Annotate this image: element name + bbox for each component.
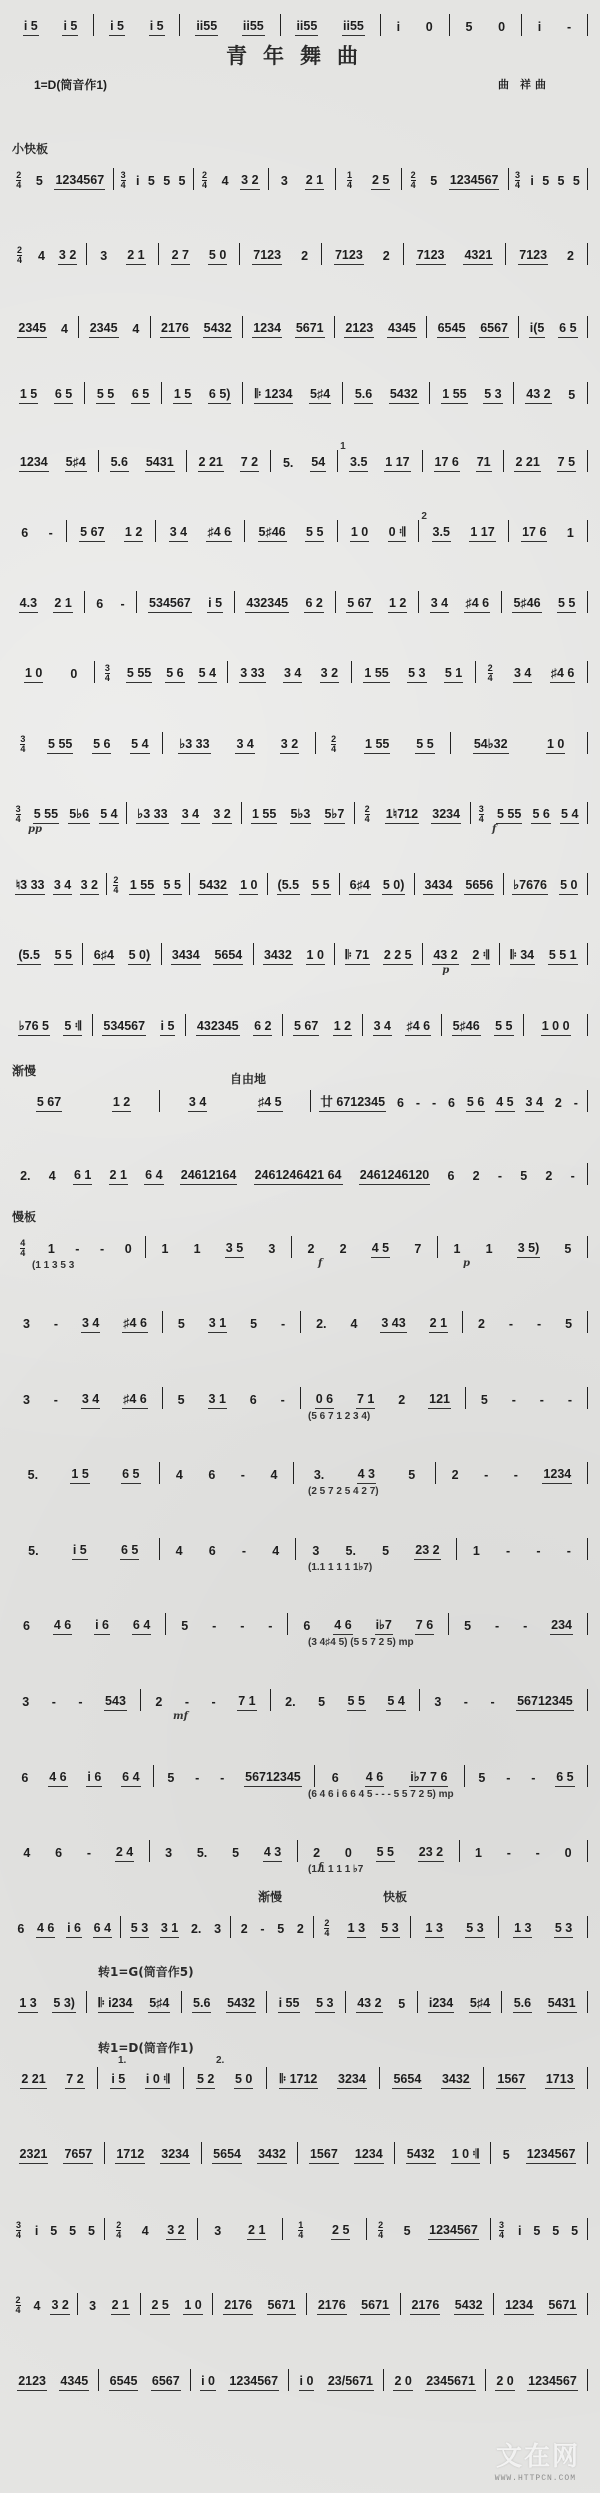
measure: 71232 — [322, 243, 404, 265]
note-group: 3234 — [337, 2070, 367, 2089]
note-group: 3 4 — [513, 664, 532, 683]
note-group: 543 — [104, 1692, 127, 1711]
note-group: 1 5 — [19, 385, 38, 404]
measure: 23217657 — [8, 2142, 105, 2164]
score-system: 5.i 56 546-435.523 21---(1.1 1 1 1 1♭7) — [8, 1524, 588, 1564]
note-group: - — [77, 1693, 83, 1711]
note-group: 5 — [502, 2146, 511, 2164]
measure: 32 1 — [269, 168, 336, 190]
notation-line: 5.1 56 546-43.4 352--1234 — [8, 1462, 588, 1484]
notation-line: 1 35 3)𝄆 i2345♯45.65432i 555 343 25i2345… — [8, 1991, 588, 2013]
note-group: 5 — [177, 1315, 186, 1333]
note-group: 1 3 — [347, 1919, 366, 1938]
note-group: 43 2 — [432, 946, 458, 965]
note-group: 7 6 — [415, 1616, 434, 1635]
note-group: 6 5 — [120, 1541, 139, 1560]
measure: 345 555 65 4 — [8, 732, 163, 754]
note-group: 1234 — [19, 453, 49, 472]
note-group: 5 4 — [198, 664, 217, 683]
note-group: 54♭32 — [473, 735, 509, 754]
time-signature: 34 — [121, 171, 126, 190]
note-group: 2 — [300, 247, 309, 265]
note-group: 0 — [69, 665, 78, 683]
note-group: 5 — [563, 1240, 572, 1258]
note-group: 4 5 — [495, 1093, 514, 1112]
notation-line: 1 00345 555 65 43 333 43 21 555 35 1243 … — [8, 661, 588, 683]
note-group: 1 55 — [364, 735, 390, 754]
note-group: 5 5 — [415, 735, 434, 754]
time-signature: 34 — [105, 664, 110, 683]
measure: 50 — [450, 14, 522, 36]
measure: 15671713 — [484, 2067, 588, 2089]
measure: 3--56712345 — [420, 1689, 588, 1711]
measure: 3-3 4♯4 6 — [8, 1387, 163, 1409]
note-group: 4 — [22, 1844, 31, 1862]
measure: 35.523 2 — [296, 1538, 456, 1560]
note-group: 5 0 — [234, 2070, 253, 2089]
note-group: i 6 — [86, 1768, 102, 1787]
score-system: 2.46 12 16 4246121642461246421 642461246… — [8, 1149, 588, 1189]
volta-bracket-first: 1. — [118, 2055, 126, 2066]
note-group: 2 5 — [150, 2296, 169, 2315]
note-group: 7123 — [416, 246, 446, 265]
notation-line: 2443 232 12 75 071232712327123432171232 — [8, 243, 588, 265]
volta-bracket: 1 — [340, 438, 346, 456]
measure: 2451234567 — [8, 168, 114, 190]
measure: 34i555 — [114, 168, 193, 190]
note-group: 6 — [54, 1844, 63, 1862]
score-system: 64 6i 66 45--5671234564 6i♭7 7 65--6 5(6… — [8, 1751, 588, 1791]
note-group: - — [99, 1240, 105, 1258]
measure: 34345656 — [415, 873, 504, 895]
note-group: 5 — [551, 2222, 560, 2240]
measure: 54321 0 𝄇 — [395, 2142, 491, 2164]
volta-bracket-second: 2. — [216, 2055, 224, 2066]
note-group: 5 4 — [386, 1692, 405, 1711]
note-group: 2176 — [160, 319, 190, 338]
dynamic-marking: f — [492, 824, 496, 835]
time-signature: 24 — [324, 1919, 329, 1938]
note-group: 3 5) — [517, 1239, 541, 1258]
note-group: - — [513, 1466, 519, 1484]
note-group: 1234 — [354, 2145, 384, 2164]
note-group: 4 3 — [357, 1465, 376, 1484]
note-group: 6 5 — [54, 385, 73, 404]
note-group: 1 55 — [129, 876, 155, 895]
accompaniment-line: (1.1 1 1 1 1♭7) — [308, 1562, 372, 1573]
note-group: 6 — [16, 1920, 25, 1938]
measure: 5 56 5 — [85, 382, 162, 404]
measure: 35.54 3 — [150, 1840, 298, 1862]
note-group: 1 5 — [173, 385, 192, 404]
note-group: 23/5671 — [327, 2372, 374, 2391]
note-group: - — [415, 1094, 421, 1112]
note-group: 3 2 — [212, 805, 231, 824]
accompaniment-line: (1 1 3 5 3 — [32, 1260, 74, 1271]
measure: 534567i 5 — [137, 591, 234, 613]
measure: 5.1 56 5 — [8, 1462, 160, 1484]
measure: 5--- — [466, 1387, 588, 1409]
note-group: 1 0 — [183, 2296, 202, 2315]
watermark-url: WWW.HTTPCN.COM — [495, 2474, 576, 2483]
note-group: 5 — [463, 1617, 472, 1635]
note-group: 5 67 — [79, 523, 105, 542]
note-group: 5654 — [212, 2145, 242, 2164]
note-group: 3 — [213, 1920, 222, 1938]
note-group: 4345 — [387, 319, 417, 338]
notation-line: 2443 232 12 51 0217656712176567121765432… — [8, 2293, 588, 2315]
note-group: 5♯4 — [309, 385, 331, 404]
score-system: 2123434565456567i 01234567i 023/56712 02… — [8, 2355, 588, 2395]
note-group: 4 — [271, 1542, 280, 1560]
measure: 3 4♯4 6 — [363, 1014, 442, 1036]
note-group: 5 — [570, 2222, 579, 2240]
note-group: - — [267, 1617, 273, 1635]
note-group: - — [48, 524, 54, 542]
note-group: i 5 — [109, 17, 125, 36]
measure: i- — [522, 14, 588, 36]
time-signature: 24 — [16, 171, 21, 190]
note-group: - — [53, 1315, 59, 1333]
note-group: 1 — [566, 524, 575, 542]
note-group: 2. — [315, 1315, 327, 1333]
measure: 113 53 — [146, 1236, 292, 1258]
measure: 1 555♭35♭7 — [242, 802, 356, 824]
note-group: 3434 — [423, 876, 453, 895]
measure: 23.51 17 — [419, 520, 509, 542]
score-system: 1 00345 555 65 43 333 43 21 555 35 1243 … — [8, 647, 588, 687]
measure: (5.55 5 — [8, 943, 83, 965]
accompaniment-line: (6 4 6 i 6 6 4 5 - - - 5 5 7 2 5) mp — [308, 1789, 454, 1800]
note-group: 1 — [474, 1844, 483, 1862]
note-group: 4 6 — [53, 1616, 72, 1635]
time-signature: 34 — [499, 2221, 504, 2240]
measure: 5.i 56 5 — [8, 1538, 160, 1560]
measure: 0 67 12121 — [301, 1387, 466, 1409]
note-group: 4 — [349, 1315, 358, 1333]
note-group: 534567 — [148, 594, 192, 613]
note-group: 5 0) — [128, 946, 152, 965]
note-group: 432345 — [196, 1017, 240, 1036]
notation-line: 345 555 65 4♭3 333 43 2241 555 554♭321 0 — [8, 732, 588, 754]
time-signature: 24 — [365, 805, 370, 824]
measure: 5♯465 5 — [502, 591, 588, 613]
note-group: 2 — [451, 1466, 460, 1484]
note-group: 5 5 — [163, 876, 182, 895]
measure: 5 671 2 — [336, 591, 419, 613]
note-group: 5 — [397, 1995, 406, 2013]
measure: 6- — [85, 591, 138, 613]
note-group: 𝄆 1712 — [279, 2070, 318, 2089]
measure: 71232 — [240, 243, 322, 265]
note-group: 2123 — [17, 2372, 47, 2391]
score-system: 转1=G(筒音作5)1 35 3)𝄆 i2345♯45.65432i 555 3… — [8, 1977, 588, 2017]
score-system: 小快板245123456734i5552443 232 1142 5245123… — [8, 154, 588, 194]
note-group: 23 2 — [414, 1541, 440, 1560]
measure: 34i555 — [8, 2218, 105, 2240]
measure: 71234321 — [404, 243, 507, 265]
time-signature: 34 — [16, 2221, 21, 2240]
note-group: 2 1 — [247, 2221, 266, 2240]
note-group: 1 3 — [513, 1919, 532, 1938]
note-group: 6 2 — [253, 1017, 272, 1036]
time-signature: 34 — [16, 805, 21, 824]
note-group: 5 3 — [554, 1919, 573, 1938]
note-group: - — [241, 1542, 247, 1560]
note-group: 3 4 — [169, 523, 188, 542]
notation-line: 2321765717123234565434321567123454321 0 … — [8, 2142, 588, 2164]
note-group: 5 4 — [560, 805, 579, 824]
note-group: 1234567 — [428, 2221, 479, 2240]
measure: 5--- — [166, 1613, 288, 1635]
note-group: 5 — [464, 18, 473, 36]
note-group: 5432 — [389, 385, 419, 404]
note-group: - — [239, 1617, 245, 1635]
note-group: 4 — [48, 1167, 57, 1185]
note-group: 5 — [180, 1617, 189, 1635]
score-title: 青年舞曲 — [0, 40, 600, 70]
note-group: 1 — [161, 1240, 170, 1258]
note-group: 3 4 — [81, 1314, 100, 1333]
note-group: 1234 — [504, 2296, 534, 2315]
time-signature: 24 — [411, 171, 416, 190]
measure: 345 555 65 4 — [471, 802, 588, 824]
time-signature: 24 — [202, 171, 207, 190]
note-group: 7 5 — [557, 453, 576, 472]
measure: 2451234567 — [402, 168, 508, 190]
measure: 𝄆 i2345♯4 — [87, 1991, 181, 2013]
note-group: ♯4 6 — [122, 1314, 148, 1333]
note-group: 5 55 — [47, 735, 73, 754]
note-group: 3434 — [171, 946, 201, 965]
volta-bracket: 2 — [421, 508, 427, 526]
note-group: 2176 — [410, 2296, 440, 2315]
note-group: 5656 — [464, 876, 494, 895]
measure: 32 1 — [78, 2293, 140, 2315]
measure: 3 4♯4 6 — [419, 591, 502, 613]
notation-line: 3-3 4♯4 653 15-2.43 432 12--5 — [8, 1311, 588, 1333]
measure: 345 555♭65 4 — [8, 802, 127, 824]
measure: 5 671 2 — [283, 1014, 363, 1036]
note-group: i 6 — [94, 1616, 110, 1635]
note-group: 2 1 — [429, 1314, 448, 1333]
note-group: 5♯46 — [512, 594, 541, 613]
notation-line: 2123434565456567i 01234567i 023/56712 02… — [8, 2369, 588, 2391]
measure: 2 217 5 — [504, 450, 588, 472]
measure: 53 16- — [163, 1387, 301, 1409]
measure: 6- — [8, 520, 67, 542]
note-group: 5 3 — [465, 1919, 484, 1938]
measure: 64 6i♭77 6 — [288, 1613, 449, 1635]
measure: 𝄆 712 2 5 — [335, 943, 423, 965]
note-group: 5.6 — [354, 385, 373, 404]
note-group: 6 1 — [73, 1166, 92, 1185]
note-group: 5 5 — [494, 1017, 513, 1036]
note-group: 4 — [131, 320, 140, 338]
measure: 6♯45 0) — [83, 943, 161, 965]
tempo-marking: 转1=D(筒音作1) — [98, 2039, 194, 2056]
note-group: 5 55 — [126, 664, 152, 683]
note-group: 2 0 — [495, 2372, 514, 2391]
measure: 3 333 43 2 — [228, 661, 352, 683]
note-group: 56712345 — [516, 1692, 574, 1711]
notation-line: 441--0113 53224 57113 5)5 — [8, 1236, 588, 1258]
accompaniment-line: (1.1 1 1 1 ♭7 — [308, 1864, 363, 1875]
measure: 113 5)5 — [438, 1236, 588, 1258]
note-group: 6 5 — [121, 1465, 140, 1484]
note-group: 1713 — [545, 2070, 575, 2089]
note-group: 6♯4 — [93, 946, 115, 965]
note-group: 𝄆 1234 — [254, 385, 293, 404]
score-system: 4.32 16-534567i 54323456 25 671 23 4♯4 6… — [8, 577, 588, 617]
note-group: 6 — [446, 1167, 455, 1185]
note-group: 4 — [60, 320, 69, 338]
measure: 17 61 — [509, 520, 588, 542]
note-group: 2 21 — [514, 453, 540, 472]
time-signature: 24 — [331, 735, 336, 754]
note-group: 2 𝄇 — [471, 946, 490, 965]
note-group: 5 67 — [293, 1017, 319, 1036]
note-group: - — [240, 1466, 246, 1484]
time-signature: 14 — [298, 2221, 303, 2240]
score-system: 渐慢快板64 6i 66 45 33 12.32-52241 35 31 35 … — [8, 1902, 588, 1942]
score-system: i 5i 5i 5i 5ii55ii55ii55ii55i050i- — [8, 0, 588, 40]
time-signature: 44 — [20, 1239, 25, 1258]
note-group: 2 1 — [305, 171, 324, 190]
note-group: 3 — [311, 1542, 320, 1560]
note-group: 1 — [47, 1240, 56, 1258]
time-signature: 34 — [515, 171, 520, 190]
dynamic-marking: pp — [28, 824, 42, 835]
note-group: 5671 — [295, 319, 325, 338]
note-group: 1 3 — [18, 1994, 37, 2013]
note-group: - — [570, 1167, 576, 1185]
measure: 23454 — [79, 316, 150, 338]
measure: (5.55 5 — [268, 873, 340, 895]
note-group: 5♯4 — [469, 1994, 491, 2013]
score-system: 46-2 435.54 3205 523 21--0(1.1 1 1 1 ♭7f — [8, 1826, 588, 1866]
note-group: 1567 — [496, 2070, 526, 2089]
note-group: 1234567 — [526, 2145, 577, 2164]
note-group: 5 3 — [380, 1919, 399, 1938]
note-group: 1 2 — [388, 594, 407, 613]
note-group: 5♯46 — [258, 523, 287, 542]
note-group: - — [53, 1391, 59, 1409]
measure: 2 217 2 — [8, 2067, 98, 2089]
measure: 12345♯4 — [8, 450, 99, 472]
note-group: 5 — [87, 2222, 96, 2240]
score-system: 34i5552443 232 1142 5245123456734i555 — [8, 2204, 588, 2244]
note-group: - — [431, 1094, 437, 1112]
measure: i2345♯4 — [418, 1991, 503, 2013]
note-group: 4 — [221, 172, 230, 190]
note-group: - — [489, 1693, 495, 1711]
note-group: 5 — [532, 2222, 541, 2240]
note-group: 5 2 — [196, 2070, 215, 2089]
score-system: 2345423454217654321234567121234345654565… — [8, 302, 588, 342]
time-signature: 34 — [479, 805, 484, 824]
note-group: 𝄆 i234 — [98, 1994, 134, 2013]
note-group: - — [536, 1315, 542, 1333]
note-group: 5 — [49, 2222, 58, 2240]
note-group: - — [494, 1617, 500, 1635]
note-group: 5 — [557, 172, 566, 190]
note-group: 5 0 — [559, 876, 578, 895]
note-group: 2176 — [317, 2296, 347, 2315]
note-group: 1 0 — [546, 735, 565, 754]
note-group: 2345 — [89, 319, 119, 338]
note-group: 5 5 — [311, 876, 330, 895]
note-group: 2461246421 64 — [254, 1166, 343, 1185]
note-group: i — [517, 2222, 522, 2240]
note-group: 5 3) — [52, 1994, 76, 2013]
note-group: 1 0 — [350, 523, 369, 542]
note-group: - — [211, 1617, 217, 1635]
note-group: 2 21 — [198, 453, 224, 472]
measure: 21765432 — [151, 316, 243, 338]
note-group: - — [508, 1315, 514, 1333]
note-group: 5 — [381, 1542, 390, 1560]
note-group: 71 — [476, 453, 492, 472]
note-group: i 5 — [72, 1541, 88, 1560]
measure: 64 6i♭7 7 6 — [315, 1765, 465, 1787]
note-group: 5. — [27, 1542, 39, 1560]
measure: ii55ii55 — [180, 14, 280, 36]
note-group: ♯4 6 — [550, 664, 576, 683]
note-group: i — [135, 172, 140, 190]
note-group: 1 2 — [333, 1017, 352, 1036]
note-group: 3 43 — [380, 1314, 406, 1333]
measure: 12345671 — [494, 2293, 588, 2315]
measure: 3 4♯4 6 — [156, 520, 245, 542]
watermark-logo: 文在网 — [496, 2436, 580, 2473]
note-group: 6545 — [109, 2372, 139, 2391]
note-group: 1 — [193, 1240, 202, 1258]
note-group: - — [573, 1094, 579, 1112]
note-group: 3 2 — [320, 664, 339, 683]
note-group: - — [280, 1315, 286, 1333]
note-group: 5 — [567, 386, 576, 404]
measure: 廿 67123456--65 64 53 42- — [311, 1090, 588, 1112]
measure: 2 02345671 — [384, 2369, 486, 2391]
score-system: 渐慢自由地5 671 23 4♯4 5廿 67123456--65 64 53 … — [8, 1076, 588, 1116]
note-group: 2 21 — [20, 2070, 46, 2089]
note-group: 3 2 — [166, 2221, 185, 2240]
note-group: 7123 — [252, 246, 282, 265]
note-group: 4 3 — [263, 1843, 282, 1862]
notation-line: ♮3 333 43 2241 555 554321 0(5.55 56♯45 0… — [8, 873, 588, 895]
measure: 5.65431 — [502, 1991, 588, 2013]
note-group: 5.6 — [513, 1994, 532, 2013]
note-group: 3 1 — [208, 1314, 227, 1333]
measure: 241♮7123234 — [355, 802, 471, 824]
note-group: 5 — [68, 2222, 77, 2240]
measure: 1--- — [457, 1538, 588, 1560]
note-group: ii55 — [295, 17, 318, 36]
note-group: 4 5 — [371, 1239, 390, 1258]
note-group: 6 — [302, 1617, 311, 1635]
measure: 43 22 𝄇 — [423, 943, 500, 965]
note-group: 3 1 — [208, 1390, 227, 1409]
note-group: 2 5 — [371, 171, 390, 190]
measure: 15671234 — [298, 2142, 395, 2164]
note-group: 5♯4 — [65, 453, 87, 472]
note-group: 3 — [164, 1844, 173, 1862]
note-group: - — [497, 1167, 503, 1185]
note-group: 3432 — [441, 2070, 471, 2089]
note-group: 6 — [249, 1391, 258, 1409]
note-group: 5 — [166, 1769, 175, 1787]
